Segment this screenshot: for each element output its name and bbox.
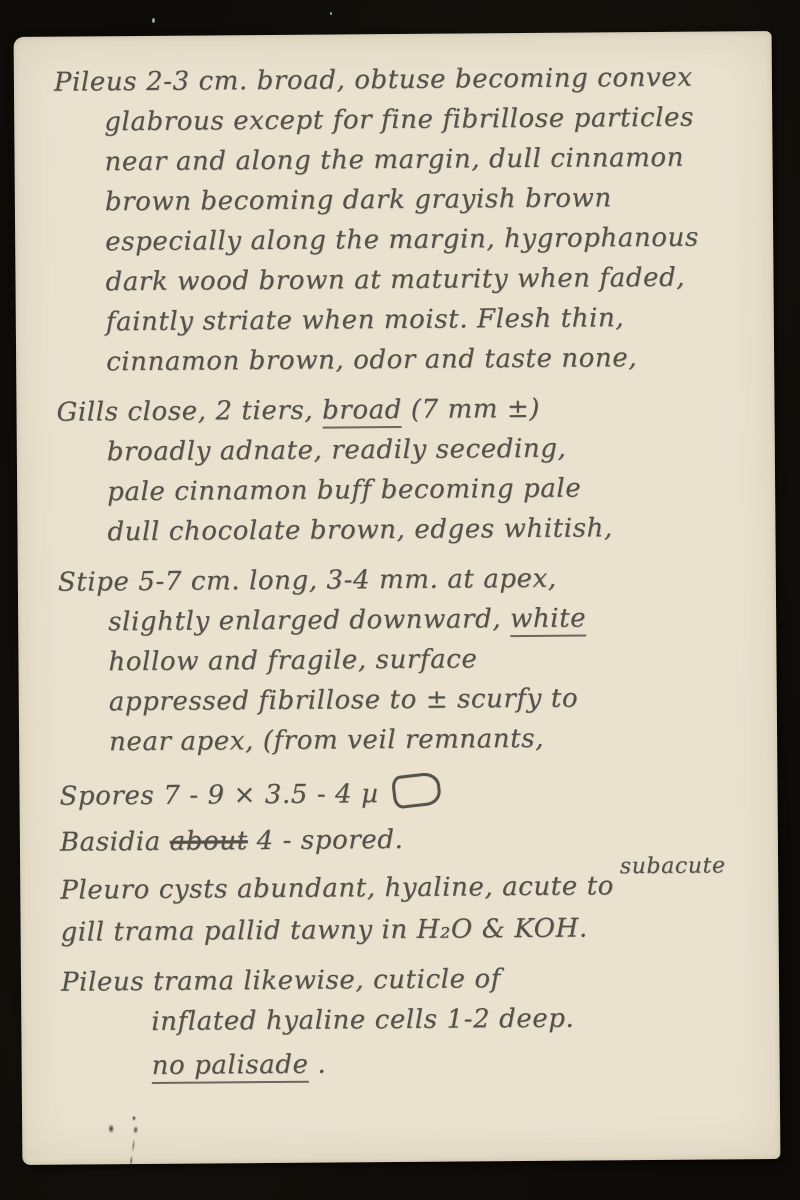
note-text-segment: near and along the margin, dull cinnamon (104, 143, 684, 178)
note-text-segment: Pileus 2-3 cm. broad, obtuse becoming co… (54, 63, 693, 98)
note-text-segment: near apex, (from veil remnants, (109, 724, 544, 757)
dust-speck (152, 18, 155, 23)
note-text-segment: pale cinnamon buff becoming pale (107, 474, 581, 508)
note-line-pileus-7: cinnamon brown, odor and taste none, (106, 337, 758, 382)
note-text-segment: broad (322, 395, 402, 429)
note-text-segment: appressed fibrillose to ± scurfy to (109, 684, 579, 718)
note-line-stipe-3: appressed fibrillose to ± scurfy to (109, 677, 761, 722)
note-text-segment: no palisade (152, 1050, 309, 1084)
note-line-pleurocystidia-1: gill trama pallid tawny in H₂O & KOH. (60, 907, 762, 953)
note-text-segment: especially along the margin, hygrophanou… (105, 223, 699, 258)
note-line-gills-3: dull chocolate brown, edges whitish, (107, 507, 759, 552)
note-line-gills-1: broadly adnate, readily seceding, (107, 427, 759, 472)
handwritten-text-block: Pileus 2-3 cm. broad, obtuse becoming co… (48, 57, 764, 1087)
note-text-segment: dark wood brown at maturity when faded, (105, 263, 685, 298)
note-text-segment: brown becoming dark grayish brown (105, 183, 612, 217)
note-text-segment: Stipe 5-7 cm. long, 3-4 mm. at apex, (58, 564, 557, 598)
note-line-pileus-4: especially along the margin, hygrophanou… (105, 217, 757, 262)
note-line-pleurocystidia-0: Pleuro cysts abundant, hyaline, acute to… (60, 865, 762, 913)
note-text-segment: hollow and fragile, surface (108, 644, 477, 677)
note-text-segment: dull chocolate brown, edges whitish, (107, 513, 613, 547)
note-text-segment: Pleuro cysts abundant, hyaline, acute to (60, 871, 614, 905)
note-line-cuticle-0: Pileus trama likewise, cuticle of (61, 957, 763, 1003)
note-line-pileus-1: glabrous except for fine fibrillose part… (104, 97, 756, 142)
note-text-segment: inflated hyaline cells 1-2 deep. (151, 1004, 574, 1037)
note-line-pileus-3: brown becoming dark grayish brown (105, 177, 757, 222)
note-line-stipe-4: near apex, (from veil remnants, (109, 717, 761, 762)
note-text-segment: subacute (620, 853, 726, 879)
note-text-segment: Spores 7 - 9 × 3.5 - 4 µ (59, 779, 378, 812)
note-line-cuticle-1: inflated hyaline cells 1-2 deep. (151, 997, 763, 1042)
spore-sketch-icon (391, 771, 442, 809)
photo-background: Pileus 2-3 cm. broad, obtuse becoming co… (0, 0, 800, 1200)
note-line-spores-0: Spores 7 - 9 × 3.5 - 4 µ (59, 771, 761, 817)
note-line-stipe-0: Stipe 5-7 cm. long, 3-4 mm. at apex, (58, 557, 760, 603)
note-line-pileus-2: near and along the margin, dull cinnamon (104, 137, 756, 182)
ink-smudge (124, 1114, 143, 1167)
ink-smudge-dot (108, 1124, 114, 1133)
note-line-gills-2: pale cinnamon buff becoming pale (107, 467, 759, 512)
note-text-segment: faintly striate when moist. Flesh thin, (106, 303, 625, 337)
note-text-segment: glabrous except for fine fibrillose part… (104, 103, 694, 138)
note-card: Pileus 2-3 cm. broad, obtuse becoming co… (14, 31, 781, 1165)
note-text-segment: gill trama pallid tawny in H₂O & KOH. (61, 914, 588, 948)
note-text-segment: about (170, 826, 248, 857)
note-text-segment: slightly enlarged downward, (108, 604, 510, 637)
note-line-gills-0: Gills close, 2 tiers, broad (7 mm ±) (56, 387, 758, 433)
dust-speck (330, 12, 332, 15)
note-text-segment: Pileus trama likewise, cuticle of (61, 964, 501, 997)
note-text-segment: white (510, 604, 586, 638)
note-line-stipe-1: slightly enlarged downward, white (108, 597, 760, 642)
note-text-segment: Gills close, 2 tiers, (56, 396, 322, 428)
note-line-pileus-0: Pileus 2-3 cm. broad, obtuse becoming co… (54, 57, 756, 103)
note-text-segment: cinnamon brown, odor and taste none, (106, 343, 637, 377)
note-line-stipe-2: hollow and fragile, surface (108, 637, 760, 682)
note-text-segment: broadly adnate, readily seceding, (107, 434, 567, 468)
note-text-segment: . (308, 1050, 326, 1080)
note-line-pileus-6: faintly striate when moist. Flesh thin, (106, 297, 758, 342)
note-text-segment: 4 - spored. (248, 825, 404, 856)
note-text-segment: (7 mm ±) (402, 394, 540, 425)
note-line-pileus-5: dark wood brown at maturity when faded, (105, 257, 757, 302)
note-line-cuticle-2: no palisade . (152, 1041, 764, 1086)
note-text-segment: Basidia (60, 827, 170, 858)
